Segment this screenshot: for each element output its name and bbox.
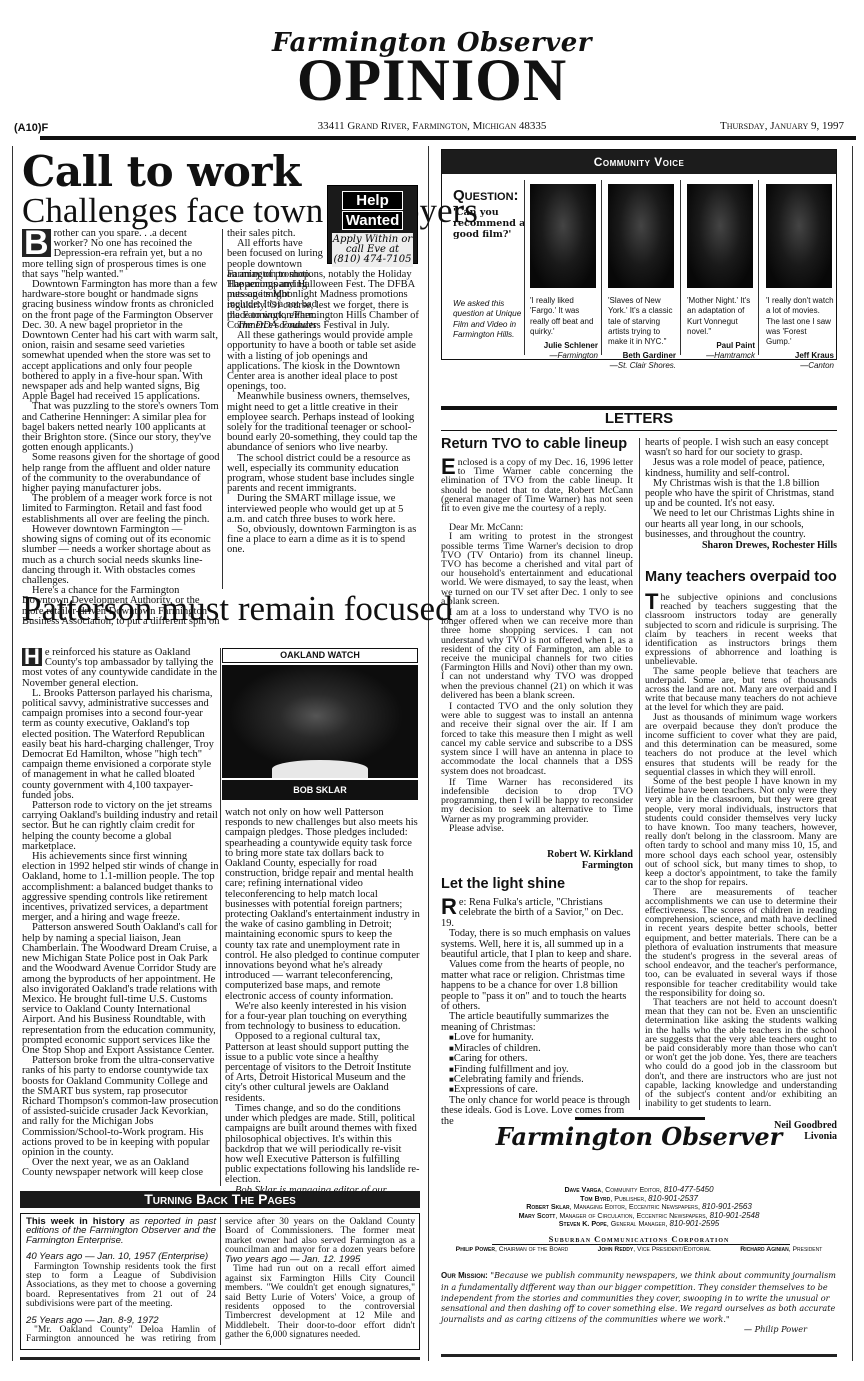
center-divider-rule — [428, 146, 429, 1361]
cv-divider — [758, 180, 759, 355]
oakland-watch-label: OAKLAND WATCH — [222, 648, 418, 663]
respondent-card: 'Mother Night.' It's an adaptation of Ku… — [687, 184, 755, 360]
left-bottom-rule — [20, 1357, 420, 1360]
letters-rule — [441, 430, 837, 431]
respondent-photo — [530, 184, 596, 288]
officer-entry: John Reddy, Vice President/Editorial — [598, 1246, 711, 1253]
staff-list: Dave Varga, Community Editor, 810-477-54… — [441, 1186, 837, 1229]
turning-back-col-1: This week in history as reported in past… — [26, 1217, 216, 1344]
letter-headline: Return TVO to cable lineup — [441, 436, 627, 452]
history-entry: Farmington Township residents took the f… — [26, 1262, 216, 1309]
letter-tvo: Enclosed is a copy of my Dec. 16, 1996 l… — [441, 458, 633, 871]
issue-date: Thursday, January 9, 1997 — [720, 120, 844, 132]
cv-divider — [601, 180, 602, 355]
respondent-card: 'Slaves of New York.' It's a classic tal… — [608, 184, 676, 370]
mission-signature: — Philip Power — [441, 1324, 807, 1334]
respondent-photo — [608, 184, 674, 288]
officer-entry: Richard Aginian, President — [740, 1246, 822, 1253]
author-name-bar: BOB SKLAR — [222, 780, 418, 800]
respondent-card: 'I really liked 'Fargo.' It was really o… — [530, 184, 598, 360]
christmas-list: Love for humanity. Miracles of children.… — [441, 1033, 633, 1095]
section-title: OPINION — [0, 50, 864, 110]
letter-light: Re: Rena Fulka's article, "Christians ce… — [441, 898, 633, 1127]
letter-headline: Many teachers overpaid too — [645, 569, 837, 585]
letter-headline: Let the light shine — [441, 876, 565, 892]
editorial-column-1: Brother can you spare. . .a decent worke… — [22, 229, 220, 627]
oakland-watch-box: OAKLAND WATCH BOB SKLAR — [222, 648, 418, 804]
letters-section-title: LETTERS — [441, 410, 837, 428]
editorial-column-2: an array of promotions, notably the Holi… — [227, 270, 423, 556]
officers-list: Philip Power, Chairman of the Board John… — [441, 1246, 837, 1253]
right-border-rule — [852, 146, 853, 1361]
column-rule — [220, 648, 221, 1186]
respondent-photo — [766, 184, 832, 288]
editorial-column-rule — [222, 229, 223, 589]
masthead-rule — [40, 136, 856, 140]
mission-statement: Our Mission: "Because we publish communi… — [441, 1270, 837, 1325]
cv-divider — [680, 180, 681, 355]
help-wanted-sign-photo: Help Wanted Apply Within or call Eve at … — [327, 185, 418, 264]
editorial-dropcap: B — [22, 229, 51, 257]
question-label: Question: — [453, 187, 519, 204]
editorial-headline: Call to work — [22, 150, 301, 194]
left-border-rule — [12, 146, 13, 1361]
letter-light-continued: hearts of people. I wish such an easy co… — [645, 438, 837, 551]
history-entry: "Mr. Oakland County" Deloa Hamlin of Far… — [26, 1325, 216, 1344]
right-bottom-rule — [441, 1354, 837, 1357]
turning-back-col-2: service after 30 years on the Oakland Co… — [225, 1217, 415, 1340]
question-text: 'Can you recommend a good film?' — [453, 207, 533, 240]
cv-divider — [524, 180, 525, 355]
corporation-rule — [492, 1244, 790, 1245]
letter-town: Farmington — [441, 860, 633, 871]
letter-signature: Sharon Drewes, Rochester Hills — [645, 540, 837, 551]
letter-signature: Robert W. Kirkland — [441, 849, 633, 860]
letters-column-rule — [639, 438, 640, 1110]
respondent-card: 'I really don't watch a lot of movies. T… — [766, 184, 834, 370]
column-text-1: He reinforced his stature as Oakland Cou… — [22, 648, 220, 1179]
officer-entry: Philip Power, Chairman of the Board — [456, 1246, 569, 1253]
turning-back-rule — [220, 1217, 221, 1345]
author-photo — [222, 665, 418, 778]
history-entry-date: 25 Years ago — Jan. 8-9, 1972 — [26, 1316, 216, 1325]
question-location: We asked this question at Unique Film an… — [453, 299, 533, 340]
community-voice-title: Community Voice — [442, 150, 836, 174]
column-dropcap: H — [22, 648, 42, 666]
respondent-photo — [687, 184, 753, 288]
turning-back-title: Turning Back The Pages — [20, 1191, 420, 1208]
staff-box-rule — [575, 1117, 705, 1120]
corporation-name: Suburban Communications Corporation — [441, 1234, 837, 1244]
staff-box-paper-name: Farmington Observer — [441, 1122, 837, 1152]
column-text-2: watch not only on how well Patterson res… — [225, 808, 421, 1206]
history-entry: Time had run out on a recall effort aime… — [225, 1264, 415, 1339]
letter-teachers: The subjective opinions and conclusions … — [645, 593, 837, 1142]
staff-entry: Steven K. Pope, General Manager, 810-901… — [441, 1220, 837, 1229]
column-headline: Patterson must remain focused — [22, 591, 453, 627]
